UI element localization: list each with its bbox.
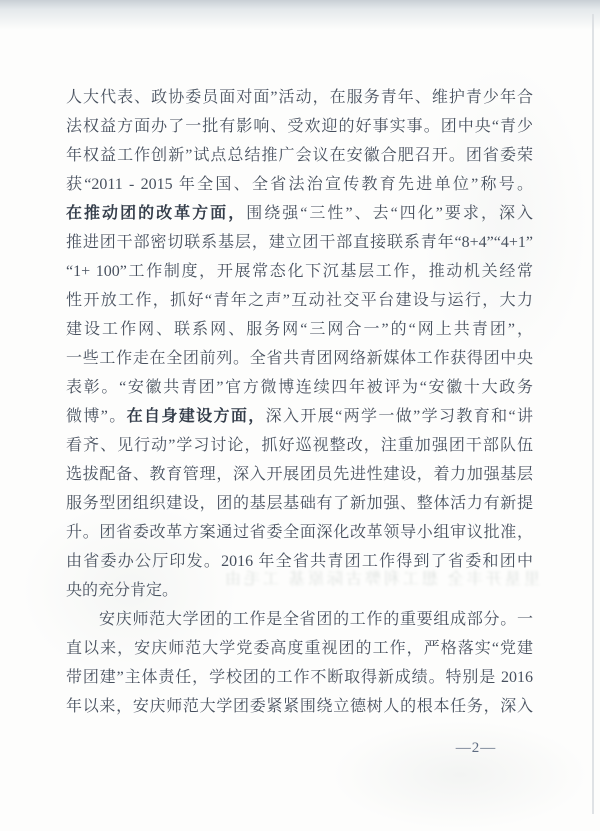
- text-line: 带团建”主体责任，学校团的工作不断取得新成绩。特别是 2016: [66, 663, 533, 692]
- text-line: 安庆师范大学团的工作是全省团的工作的重要组成部分。一: [66, 605, 533, 634]
- text-segment: 建设工作网、联系网、服务网“三网合一”的“网上共青团”，: [66, 321, 533, 338]
- text-line: 直以来，安庆师范大学党委高度重视团的工作，严格落实“党建: [66, 634, 533, 663]
- bold-text-segment: 在自身建设方面，: [127, 408, 266, 425]
- text-line: 人大代表、政协委员面对面”活动，在服务青年、维护青少年合: [66, 83, 533, 112]
- text-segment: 获“2011 - 2015 年全国、全省法治宣传教育先进单位”称号。: [66, 176, 533, 193]
- text-line: 表彰。“安徽共青团”官方微博连续四年被评为“安徽十大政务: [66, 373, 533, 402]
- text-line: 一些工作走在全团前列。全省共青团网络新媒体工作获得团中央: [66, 344, 533, 373]
- text-segment: 法权益方面办了一批有影响、受欢迎的好事实事。团中央“青少: [66, 118, 533, 135]
- text-line: 性开放工作，抓好“青年之声”互动社交平台建设与运行，大力: [66, 286, 533, 315]
- text-line: 选拔配备、教育管理，深入开展团员先进性建设，着力加强基层: [66, 460, 533, 489]
- text-segment: 年以来，安庆师范大学团委紧紧围绕立德树人的根本任务，深入: [66, 698, 533, 715]
- text-segment: 一些工作走在全团前列。全省共青团网络新媒体工作获得团中央: [66, 350, 533, 367]
- text-segment: 央的充分肯定。: [66, 582, 178, 599]
- text-segment: 带团建”主体责任，学校团的工作不断取得新成绩。特别是 2016: [66, 669, 533, 686]
- text-line: 年权益工作创新”试点总结推广会议在安徽合肥召开。团省委荣: [66, 141, 533, 170]
- text-line: 推进团干部密切联系基层，建立团干部直接联系青年“8+4”“4+1”: [66, 228, 533, 257]
- text-segment: 直以来，安庆师范大学党委高度重视团的工作，严格落实“党建: [66, 640, 533, 657]
- text-line: 年以来，安庆师范大学团委紧紧围绕立德树人的根本任务，深入: [66, 692, 533, 721]
- text-segment: 服务型团组织建设，团的基层基础有了新加强、整体活力有新提: [66, 495, 533, 512]
- text-segment: 微博”。: [66, 408, 127, 425]
- text-segment: 选拔配备、教育管理，深入开展团员先进性建设，着力加强基层: [66, 466, 533, 483]
- text-line: 微博”。在自身建设方面，深入开展“两学一做”学习教育和“讲: [66, 402, 533, 431]
- text-line: 获“2011 - 2015 年全国、全省法治宣传教育先进单位”称号。: [66, 170, 533, 199]
- text-segment: 升。团省委改革方案通过省委全面深化改革领导小组审议批准，: [66, 524, 533, 541]
- text-line: 由省委办公厅印发。2016 年全省共青团工作得到了省委和团中: [66, 547, 533, 576]
- text-line: 央的充分肯定。: [66, 576, 533, 605]
- text-segment: 年权益工作创新”试点总结推广会议在安徽合肥召开。团省委荣: [66, 147, 533, 164]
- text-line: “1+ 100”工作制度，开展常态化下沉基层工作，推动机关经常: [66, 257, 533, 286]
- text-segment: 安庆师范大学团的工作是全省团的工作的重要组成部分。一: [99, 611, 533, 628]
- text-segment: 人大代表、政协委员面对面”活动，在服务青年、维护青少年合: [66, 89, 533, 106]
- text-segment: 看齐、见行动”学习讨论，抓好巡视整改，注重加强团干部队伍: [66, 437, 533, 454]
- text-segment: 推进团干部密切联系基层，建立团干部直接联系青年“8+4”“4+1”: [66, 234, 533, 251]
- text-line: 看齐、见行动”学习讨论，抓好巡视整改，注重加强团干部队伍: [66, 431, 533, 460]
- text-segment: 深入开展“两学一做”学习教育和“讲: [266, 408, 533, 425]
- page-number: —2—: [452, 736, 500, 760]
- text-segment: 围绕强“三性”、去“四化”要求，深入: [246, 205, 533, 222]
- text-block: 人大代表、政协委员面对面”活动，在服务青年、维护青少年合法权益方面办了一批有影响…: [66, 83, 533, 721]
- scan-top-edge-shadow: [0, 0, 600, 30]
- text-segment: 性开放工作，抓好“青年之声”互动社交平台建设与运行，大力: [66, 292, 533, 309]
- text-line: 升。团省委改革方案通过省委全面深化改革领导小组审议批准，: [66, 518, 533, 547]
- text-line: 建设工作网、联系网、服务网“三网合一”的“网上共青团”，: [66, 315, 533, 344]
- text-segment: “1+ 100”工作制度，开展常态化下沉基层工作，推动机关经常: [66, 263, 533, 280]
- text-line: 法权益方面办了一批有影响、受欢迎的好事实事。团中央“青少: [66, 112, 533, 141]
- text-line: 在推动团的改革方面，围绕强“三性”、去“四化”要求，深入: [66, 199, 533, 228]
- text-line: 服务型团组织建设，团的基层基础有了新加强、整体活力有新提: [66, 489, 533, 518]
- text-segment: 由省委办公厅印发。2016 年全省共青团工作得到了省委和团中: [66, 553, 533, 570]
- bold-text-segment: 在推动团的改革方面，: [66, 205, 246, 222]
- text-segment: 表彰。“安徽共青团”官方微博连续四年被评为“安徽十大政务: [66, 379, 533, 396]
- scan-right-edge-line: [592, 14, 594, 814]
- scanned-document-page: { "page": { "footer_page_number": "—2—" …: [0, 0, 600, 831]
